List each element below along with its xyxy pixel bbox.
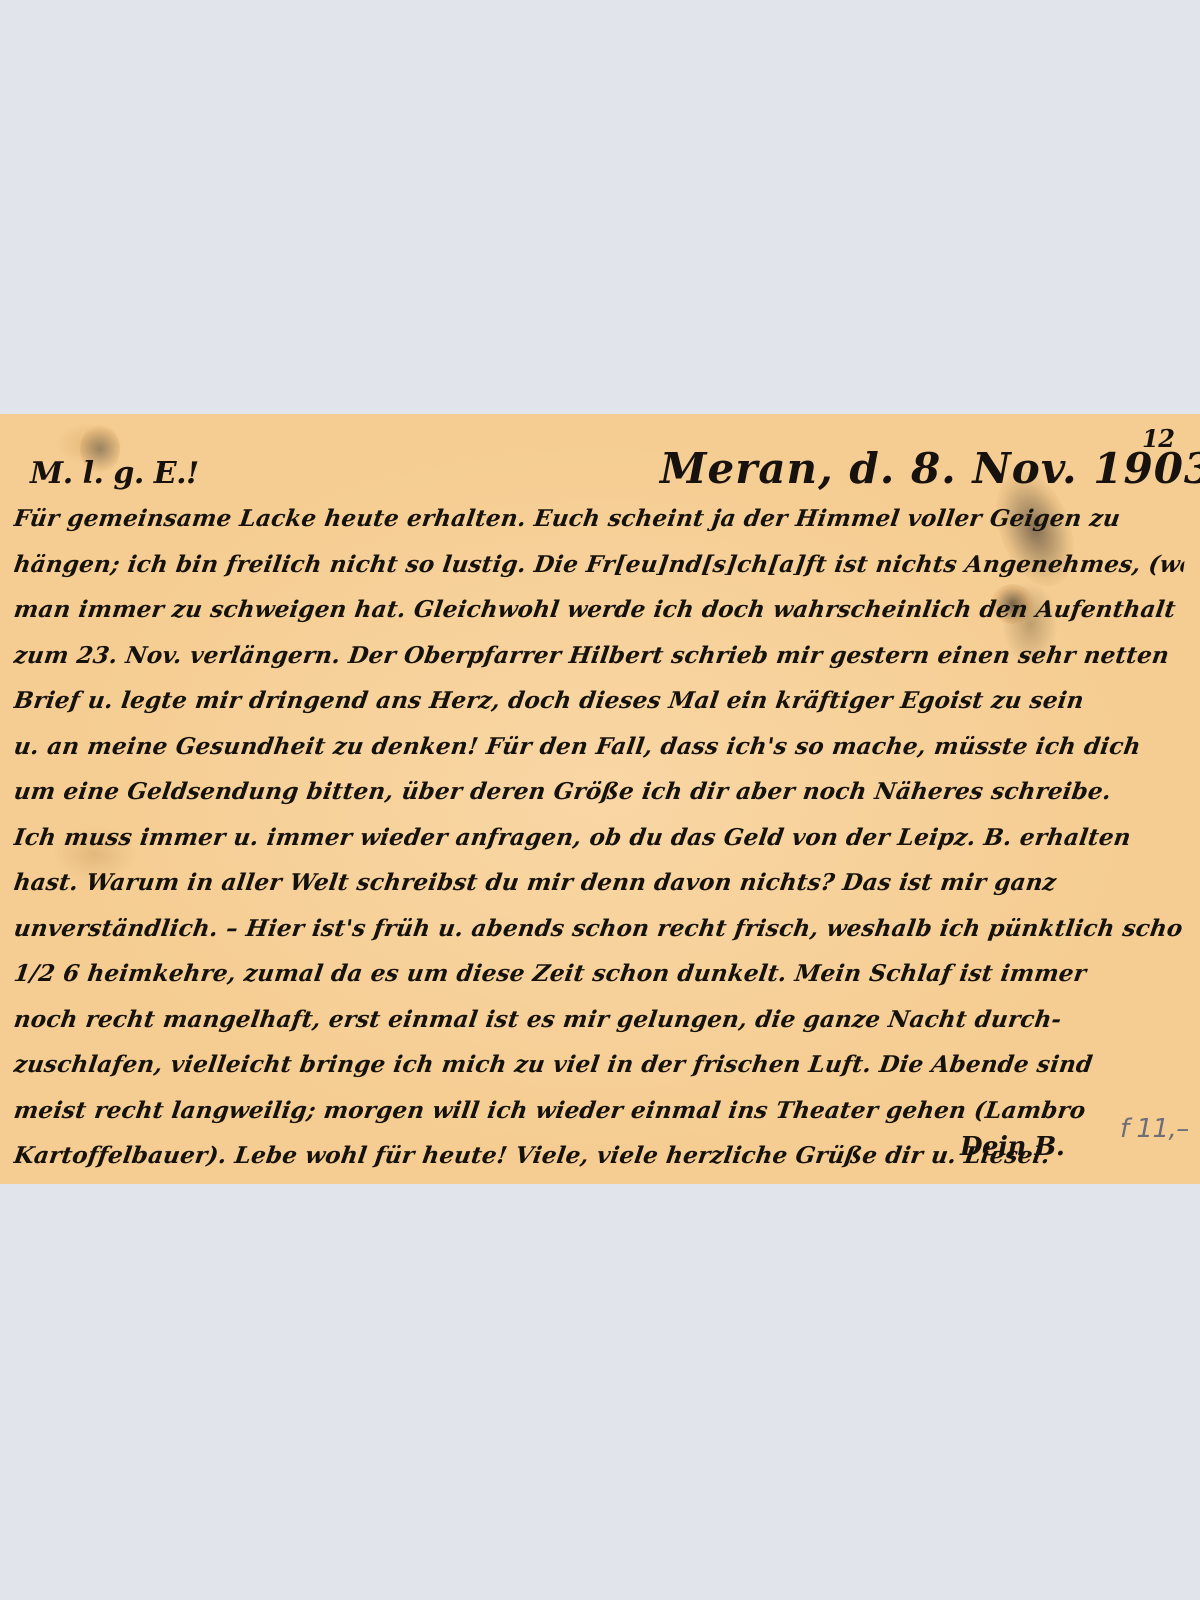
letter-line: Ich muss immer u. immer wieder anfragen,… bbox=[11, 815, 1187, 861]
letter-line: u. an meine Gesundheit zu denken! Für de… bbox=[11, 724, 1187, 770]
letter-line: noch recht mangelhaft, erst einmal ist e… bbox=[11, 997, 1187, 1043]
letter-line: unverständlich. – Hier ist's früh u. abe… bbox=[11, 906, 1187, 952]
pencil-annotation: f 11,– bbox=[1120, 1114, 1189, 1144]
letter-body: Für gemeinsame Lacke heute erhalten. Euc… bbox=[14, 496, 1184, 1179]
salutation: M. l. g. E.! bbox=[30, 456, 199, 491]
letter-line: man immer zu schweigen hat. Gleichwohl w… bbox=[11, 587, 1187, 633]
letter-line: Brief u. legte mir dringend ans Herz, do… bbox=[11, 678, 1187, 724]
page: 12 M. l. g. E.! Meran, d. 8. Nov. 1903. … bbox=[0, 0, 1200, 1600]
letter-line: hängen; ich bin freilich nicht so lustig… bbox=[11, 542, 1187, 588]
letter-line: um eine Geldsendung bitten, über deren G… bbox=[11, 769, 1187, 815]
letter-line: zuschlafen, vielleicht bringe ich mich z… bbox=[11, 1042, 1187, 1088]
postcard: 12 M. l. g. E.! Meran, d. 8. Nov. 1903. … bbox=[0, 414, 1200, 1184]
signature: Dein B. bbox=[960, 1132, 1064, 1162]
place-and-date: Meran, d. 8. Nov. 1903. bbox=[660, 444, 1200, 493]
letter-line: zum 23. Nov. verlängern. Der Oberpfarrer… bbox=[11, 633, 1187, 679]
letter-line: Für gemeinsame Lacke heute erhalten. Euc… bbox=[11, 496, 1187, 542]
letter-line: 1/2 6 heimkehre, zumal da es um diese Ze… bbox=[11, 951, 1187, 997]
letter-line: hast. Warum in aller Welt schreibst du m… bbox=[11, 860, 1187, 906]
letter-line: meist recht langweilig; morgen will ich … bbox=[11, 1088, 1187, 1134]
